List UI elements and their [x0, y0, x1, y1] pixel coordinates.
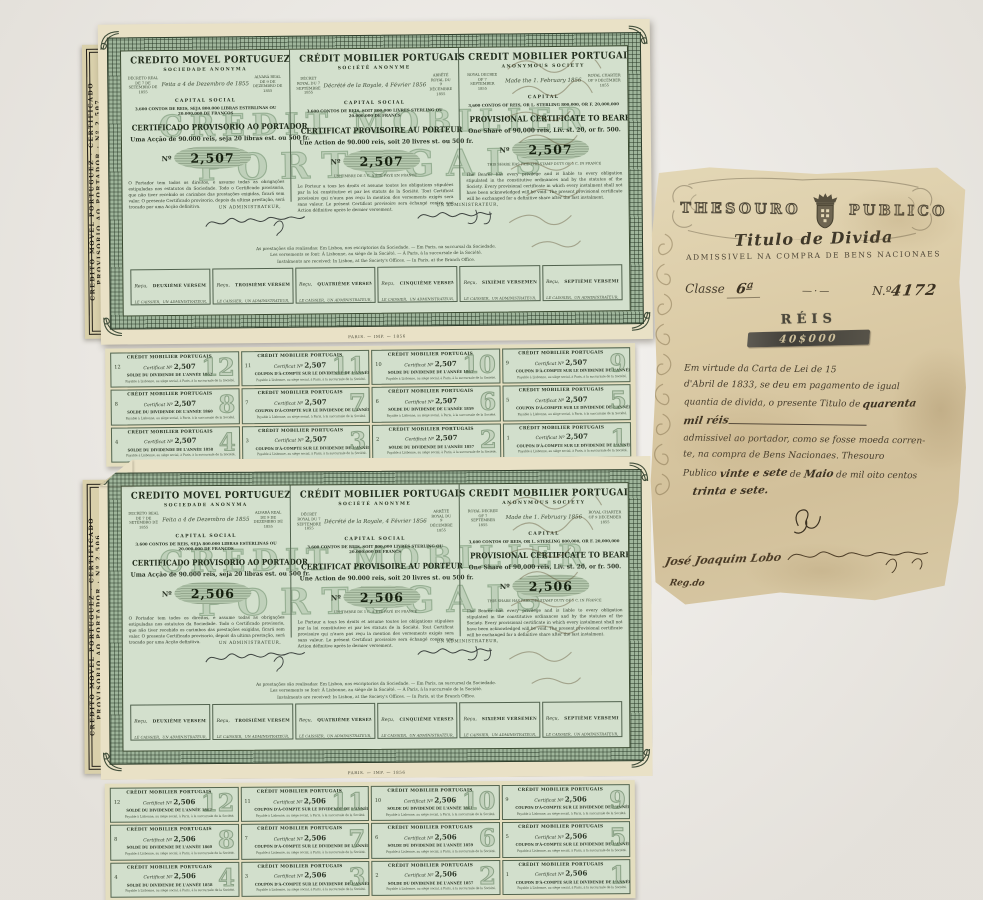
capital-amount-line: 3.600 CONTOS DE REIS, SEJA 800.000 LIBRA… [128, 540, 284, 551]
coupon-number-small: 12 [114, 365, 120, 371]
certificate-inner-panel: CREDIT MOBILIER PORTUGAIS CREDITO MOVEL … [121, 482, 631, 752]
dividend-coupon: 12 CRÉDIT MOBILIER PORTUGAIS Certificat … [110, 351, 239, 388]
coupon-certificate-number: 2,507 [435, 396, 457, 405]
share-value-line: Une Action de 90.000 reis, soit 20 livre… [299, 138, 450, 147]
administrator-label: UN ADMINISTRATEUR, [409, 733, 453, 737]
cashier-label: LE CAISSIER, [546, 296, 572, 300]
coupon-number-small: 2 [375, 873, 378, 879]
coupon-dividend-line: SOLDE DU DIVIDENDE DE L'ANNÉE 1857 [385, 880, 477, 886]
instalment-title: Reçu, SEPTIÈME VERSEMENT [546, 267, 619, 287]
stamp-duty-line: THIS SHARE HAS PAID THE STAMP DUTY OF 5 … [466, 161, 622, 167]
coupon-number-large: 11 [332, 354, 366, 378]
coupon-company-name: CRÉDIT MOBILIER PORTUGAIS [382, 826, 479, 832]
decree-note-right: ARRÊTÉ ROYAL DU 9 DÉCEMBRE 1855 [429, 73, 452, 97]
capital-amount-line: 3.600 CONTOS DE REIS, SOIT 800.000 LIVRE… [297, 544, 453, 555]
coupon-certificate-line: Certificat Nº 2,507 [513, 357, 610, 367]
decree-note-right: ALVARÁ REAL DE 9 DE DEZEMBRO DE 1855 [253, 511, 284, 530]
coupon-number-small: 9 [506, 360, 509, 366]
instalment-signature-labels: LE CAISSIER, UN ADMINISTRATEUR, [299, 298, 371, 303]
certificate-number-row: Nº2,506 [297, 585, 453, 608]
body-line: trinta e sete. [693, 482, 945, 504]
instalment-title: Reçu, SEPTIÈME VERSEMENT [546, 704, 618, 724]
coupon-certificate-line: Certificat Nº 2,506 [252, 870, 349, 880]
instalment-receipt-boxes: Reçu, DEUXIÈME VERSEMENT LE CAISSIER, UN… [129, 264, 623, 305]
received-label: Reçu, [464, 717, 477, 722]
instalment-name: CINQUIÈME VERSEMENT [400, 716, 454, 721]
coupon-certificate-line: Certificat Nº 2,507 [122, 398, 219, 408]
dividend-coupon: 5 CRÉDIT MOBILIER PORTUGAIS Certificat N… [502, 385, 631, 422]
coupon-payable-line: Payable à Lisbonne, au siège social, à P… [125, 851, 214, 856]
instalment-title: Reçu, QUATRIÈME VERSEMENT [299, 270, 372, 290]
coupon-certificate-number: 2,506 [435, 832, 457, 841]
certificate-number-row: Nº2,506 [466, 574, 622, 597]
coupon-dividend-line: COUPON D'À-COMPTE SUR LE DIVIDENDE DE L'… [515, 367, 607, 373]
instalment-receipt-box: Reçu, DEUXIÈME VERSEMENT LE CAISSIER, UN… [130, 704, 211, 741]
coupon-number-small: 7 [245, 836, 248, 842]
coupon-certificate-number: 2,506 [565, 794, 587, 803]
instalment-title: Reçu, SIXIÈME VERSEMENT [464, 705, 536, 725]
coupon-number-small: 9 [505, 797, 508, 803]
instalment-signature-labels: LE CAISSIER, UN ADMINISTRATEUR, [299, 734, 371, 739]
coupon-certificate-line: Certificat Nº 2,506 [512, 794, 609, 804]
received-label: Reçu, [299, 282, 312, 287]
coupon-dividend-line: SOLDE DU DIVIDENDE DE L'ANNÉE 1859 [385, 406, 477, 412]
certificate-paper: CREDIT MOBILIER PORTUGAIS CREDITO MOVEL … [98, 19, 653, 345]
coupon-payable-line: Payable à Lisbonne, au siège social, à P… [126, 415, 215, 420]
decree-dates-row: DECRETO REAL DE 7 DE SETEMBRO DE 1855 Fe… [128, 511, 284, 531]
coupon-certificate-line: Certificat Nº 2,507 [252, 397, 349, 407]
coupon-number-small: 8 [115, 402, 118, 408]
decree-note-right: ALVARÁ REAL DE 9 DE DEZEMBRO DE 1855 [252, 75, 284, 94]
decree-note-left: DECRETO REAL DE 7 DE SETEMBRO DE 1855 [128, 511, 159, 530]
coupon-certificate-number: 2,507 [566, 432, 588, 441]
received-label: Reçu, [464, 281, 477, 286]
number-guilloche-oval: 2,507 [512, 137, 588, 160]
coupon-company-name: CRÉDIT MOBILIER PORTUGAIS [252, 390, 349, 396]
certificate-heading: CERTIFICAT PROVISOIRE AU PORTEUR [301, 561, 449, 571]
capital-label: CAPITAL SOCIAL [297, 537, 453, 543]
coupon-number-large: 9 [609, 351, 626, 375]
certificate-heading: CERTIFICADO PROVISORIO AO PORTADOR [132, 121, 280, 132]
coupon-number-large: 7 [349, 391, 366, 415]
instalment-title: Reçu, CINQUIÈME VERSEMENT [381, 269, 454, 289]
coupon-number-small: 1 [506, 872, 509, 878]
instalment-receipt-box: Reçu, QUATRIÈME VERSEMENT LE CAISSIER, U… [295, 703, 376, 740]
instalment-receipt-box: Reçu, SIXIÈME VERSEMENT LE CAISSIER, UN … [459, 702, 540, 739]
capital-label: CAPITAL SOCIAL [297, 100, 453, 107]
coupon-certificate-number: 2,507 [304, 360, 326, 369]
decree-note-right: ARRÊTÉ ROYAL DU 9 DÉCEMBRE 1855 [430, 509, 453, 533]
decree-note-right: ROYAL CHARTER OF 9 DECEMBER 1855 [587, 74, 621, 88]
signature-monogram [648, 502, 964, 544]
coupon-number-large: 2 [479, 864, 496, 888]
received-label: Reçu, [546, 280, 559, 285]
coupon-certificate-line: Certificat Nº 2,507 [122, 436, 219, 446]
cashier-label: LE CAISSIER, [464, 297, 490, 301]
dividend-coupon: 1 CRÉDIT MOBILIER PORTUGAIS Certificat N… [502, 859, 631, 895]
instalment-receipt-boxes: Reçu, DEUXIÈME VERSEMENT LE CAISSIER, UN… [129, 701, 623, 740]
company-title: CREDITO MOVEL PORTUGUEZ [130, 55, 280, 67]
coupon-number-large: 12 [201, 791, 235, 815]
coupon-certificate-number: 2,507 [305, 397, 327, 406]
number-guilloche-oval: 2,507 [343, 149, 419, 172]
stamp-duty-line [128, 170, 284, 176]
instalment-title: Reçu, SIXIÈME VERSEMENT [464, 268, 537, 288]
printer-imprint-line: PARIS. — IMP. — 1856 [101, 331, 653, 342]
coupon-dividend-line: COUPON D'À-COMPTE SUR LE DIVIDENDE DE L'… [255, 407, 347, 413]
decree-note-left: ROYAL DECREE OF 7 SEPTEMBER 1855 [465, 73, 499, 92]
dividend-coupon: 11 CRÉDIT MOBILIER PORTUGAIS Certificat … [241, 350, 370, 387]
signature-area: UN ADMINISTRATEUR, UN ADMINISTRATEUR, [123, 198, 629, 247]
amount-value: 40$000 [779, 332, 839, 345]
instalment-receipt-box: Reçu, SEPTIÈME VERSEMENT LE CAISSIER, UN… [542, 701, 623, 738]
coupon-certificate-line: Certificat Nº 2,506 [382, 869, 479, 879]
number-guilloche-oval: 2,506 [175, 582, 251, 605]
certificate-column: CREDITO MOVEL PORTUGUEZ SOCIEDADE ANONYM… [121, 50, 291, 204]
printer-imprint-line: PARIS. — IMP. — 1856 [101, 768, 653, 777]
coupon-company-name: CRÉDIT MOBILIER PORTUGAIS [252, 864, 349, 870]
coupon-number-large: 7 [348, 827, 365, 851]
certificate-number: 2,507 [359, 153, 403, 168]
coupon-number-large: 11 [331, 790, 365, 814]
coupon-dividend-line: SOLDE DU DIVIDENDE DE L'ANNÉE 1857 [386, 443, 478, 449]
certificate-heading: PROVISIONAL CERTIFICATE TO BEARER [470, 550, 618, 560]
coupon-certificate-number: 2,506 [174, 834, 196, 843]
coupon-number-large: 1 [610, 426, 627, 450]
coupon-company-name: CRÉDIT MOBILIER PORTUGAIS [513, 825, 610, 831]
coupon-number-large: 8 [218, 828, 235, 852]
coupon-company-name: CRÉDIT MOBILIER PORTUGAIS [121, 827, 218, 833]
certificate-number: 2,507 [528, 142, 572, 157]
classe-label: Classe 6ª [685, 280, 761, 298]
received-label: Reçu, [217, 719, 230, 724]
coupon-certificate-number: 2,506 [435, 869, 457, 878]
titulo-header: THESOURO PUBLICO Titulo de Divida ADMISS… [674, 190, 955, 261]
administrator-label: UN ADMINISTRATEUR, [327, 734, 371, 738]
coupon-payable-line: Payable à Lisbonne, au siège social, à P… [256, 887, 345, 892]
coupon-company-name: CRÉDIT MOBILIER PORTUGAIS [513, 862, 610, 868]
instalment-name: DEUXIÈME VERSEMENT [153, 282, 207, 288]
instalment-signature-labels: LE CAISSIER, UN ADMINISTRATEUR, [381, 733, 453, 738]
number-label: N.º4172 [872, 281, 937, 300]
administrator-label: UN ADMINISTRATEUR, [219, 640, 281, 645]
payment-locations: As prestações são realisadas: Em Lisboa,… [123, 242, 629, 266]
coupon-number-large: 6 [479, 826, 496, 850]
decree-dates-row: DÉCRET ROYAL DU 7 SEPTEMBRE 1855 Décrété… [296, 73, 452, 98]
issue-date-line: Made the 1. February 1856 [505, 78, 581, 85]
signature-row: José Joaquim Lobo [666, 545, 954, 575]
number-guilloche-oval: 2,506 [344, 585, 420, 608]
instalment-title: Reçu, QUATRIÈME VERSEMENT [299, 706, 371, 726]
number-guilloche-oval: 2,506 [513, 574, 589, 597]
coupon-certificate-line: Certificat Nº 2,507 [383, 433, 480, 443]
certificate-paper: CREDIT MOBILIER PORTUGAIS CREDITO MOVEL … [98, 456, 652, 780]
instalment-name: SIXIÈME VERSEMENT [482, 279, 536, 285]
instalment-receipt-box: Reçu, CINQUIÈME VERSEMENT LE CAISSIER, U… [377, 702, 458, 739]
issue-date-line: Décrété de la Royale, 4 Février 1856 [324, 82, 427, 89]
instalment-signature-labels: LE CAISSIER, UN ADMINISTRATEUR, [217, 299, 289, 304]
dividend-coupon: 10 CRÉDIT MOBILIER PORTUGAIS Certificat … [371, 785, 500, 821]
administrator-label: UN ADMINISTRATEUR, [327, 298, 371, 302]
instalment-name: TROISIÈME VERSEMENT [235, 282, 289, 288]
coupon-company-name: CRÉDIT MOBILIER PORTUGAIS [513, 425, 610, 431]
instalment-signature-labels: LE CAISSIER, UN ADMINISTRATEUR, [464, 296, 536, 301]
coupon-company-name: CRÉDIT MOBILIER PORTUGAIS [252, 826, 349, 832]
issue-date-line: Décrété de la Royale, 4 Février 1856 [324, 518, 427, 525]
instalment-signature-labels: LE CAISSIER, UN ADMINISTRATEUR, [135, 299, 207, 304]
coupon-number-small: 12 [114, 800, 120, 806]
administrator-label: UN ADMINISTRATEUR, [219, 204, 282, 210]
stamp-duty-line: UN TIMBRE DE 5 C. A ÉTÉ PAYÉ EN FRANCE [297, 173, 453, 179]
coupon-dividend-line: SOLDE DU DIVIDENDE DE L'ANNÉE 1860 [124, 409, 216, 415]
administrator-label: UN ADMINISTRATEUR, [492, 296, 536, 300]
coupon-company-name: CRÉDIT MOBILIER PORTUGAIS [513, 388, 610, 394]
corner-flourish-icon [100, 465, 122, 487]
coupon-number-large: 6 [479, 390, 496, 414]
ornate-border-frame: CREDIT MOBILIER PORTUGAIS CREDITO MOVEL … [107, 32, 644, 330]
instalment-receipt-box: Reçu, QUATRIÈME VERSEMENT LE CAISSIER, U… [295, 267, 376, 304]
decree-dates-row: ROYAL DECREE OF 7 SEPTEMBER 1855 Made th… [465, 71, 621, 91]
titulo-paper: THESOURO PUBLICO Titulo de Divida ADMISS… [647, 164, 968, 608]
coupon-company-name: CRÉDIT MOBILIER PORTUGAIS [383, 426, 480, 432]
corner-flourish-icon [102, 751, 124, 773]
share-value-line: One Share of 90,000 reis, Liv. st. 20, o… [468, 126, 619, 135]
coupon-number-small: 5 [506, 834, 509, 840]
coupon-company-name: CRÉDIT MOBILIER PORTUGAIS [512, 787, 609, 793]
decree-note-right: ROYAL CHARTER OF 9 DECEMBER 1855 [588, 510, 622, 524]
cashier-label: LE CAISSIER, [299, 298, 325, 302]
cashier-label: LE CAISSIER, [299, 734, 325, 738]
instalment-title: Reçu, TROISIÈME VERSEMENT [217, 706, 289, 726]
coupon-number-large: 12 [201, 355, 235, 379]
certificate-number-row: Nº2,507 [128, 146, 284, 170]
signature-ink [204, 210, 310, 237]
certificate-group: CREDITO MOVEL PORTUGUEZ · CERTIFICADO PR… [56, 450, 663, 900]
instalment-signature-labels: LE CAISSIER, UN ADMINISTRATEUR, [546, 732, 618, 737]
coupon-dividend-line: SOLDE DU DIVIDENDE DE L'ANNÉE 1859 [385, 843, 477, 849]
signature-ink [416, 206, 496, 231]
coupon-payable-line: Payable à Lisbonne, au siège social, à P… [256, 414, 345, 419]
number-prefix: Nº [500, 582, 510, 591]
coupon-certificate-line: Certificat Nº 2,507 [383, 396, 480, 406]
instalment-name: QUATRIÈME VERSEMENT [317, 717, 371, 722]
certificate-number: 2,506 [360, 589, 404, 604]
coupon-number-small: 5 [506, 398, 509, 404]
coupon-payable-line: Payable à Lisbonne, au siège social, à P… [386, 886, 475, 891]
decree-note-left: ROYAL DECREE OF 7 SEPTEMBER 1855 [466, 509, 500, 528]
photo-of-documents: { "photo": { "background": "#ebe8e3" }, … [0, 0, 983, 900]
coupon-number-large: 5 [610, 389, 627, 413]
divider-dash: —·— [802, 286, 831, 297]
coupon-certificate-line: Certificat Nº 2,506 [121, 871, 218, 881]
titulo-subtitle: ADMISSIVEL NA COMPRA DE BENS NACIONAES [674, 249, 954, 262]
coupon-number-large: 1 [610, 863, 627, 887]
instalment-receipt-box: Reçu, SIXIÈME VERSEMENT LE CAISSIER, UN … [460, 265, 541, 302]
received-label: Reçu, [381, 282, 394, 287]
coupon-number-small: 4 [114, 874, 117, 880]
coupon-number-small: 4 [115, 439, 118, 445]
coupon-company-name: CRÉDIT MOBILIER PORTUGAIS [121, 865, 218, 871]
titulo-de-divida-document: THESOURO PUBLICO Titulo de Divida ADMISS… [647, 164, 968, 608]
coupon-company-name: CRÉDIT MOBILIER PORTUGAIS [252, 428, 349, 434]
instalment-title: Reçu, TROISIÈME VERSEMENT [217, 271, 290, 291]
conditions-paragraph: The Bearer has every privilege and is li… [467, 607, 623, 639]
cashier-label: LE CAISSIER, [217, 735, 243, 739]
coupon-certificate-line: Certificat Nº 2,507 [514, 432, 611, 442]
issue-date-line: Made the 1. February 1856 [506, 515, 582, 522]
dividend-coupon: 6 CRÉDIT MOBILIER PORTUGAIS Certificat N… [372, 386, 501, 423]
cashier-label: LE CAISSIER, [217, 299, 243, 303]
blank-rule-line [728, 423, 866, 426]
coupon-number-small: 3 [245, 873, 248, 879]
certificate-column: CREDITO MOVEL PORTUGUEZ SOCIEDADE ANONYM… [122, 485, 291, 638]
coupon-payable-line: Payable à Lisbonne, au siège social, à P… [517, 411, 606, 416]
share-certificate-top: CREDITO MOVEL PORTUGUEZ · CERTIFICADO PR… [56, 13, 665, 471]
dividend-coupon: 3 CRÉDIT MOBILIER PORTUGAIS Certificat N… [241, 861, 370, 897]
cashier-label: LE CAISSIER, [134, 735, 160, 739]
number-prefix: Nº [331, 157, 341, 166]
dividend-coupon: 12 CRÉDIT MOBILIER PORTUGAIS Certificat … [110, 787, 239, 823]
coupon-payable-line: Payable à Lisbonne, au siège social, à P… [387, 413, 476, 418]
coupon-payable-line: Payable à Lisbonne, au siège social, à P… [256, 850, 345, 855]
signature-ink [416, 642, 496, 667]
coupon-number-large: 10 [462, 789, 496, 813]
dividend-coupon: 10 CRÉDIT MOBILIER PORTUGAIS Certificat … [371, 349, 500, 386]
coupon-payable-line: Payable à Lisbonne, au siège social, à P… [517, 374, 606, 379]
coupon-certificate-line: Certificat Nº 2,506 [382, 832, 479, 842]
certificate-column: CRÉDIT MOBILIER PORTUGAIS SOCIÉTÉ ANONYM… [289, 48, 460, 202]
share-value-line: Une Action de 90.000 reis, soit 20 livre… [300, 574, 451, 582]
coupon-number-large: 4 [218, 866, 235, 890]
administrator-label: UN ADMINISTRATEUR, [163, 299, 207, 303]
number-prefix: Nº [499, 145, 509, 154]
coupon-payable-line: Payable à Lisbonne, au siège social, à P… [517, 848, 606, 853]
coupon-grid: 12 CRÉDIT MOBILIER PORTUGAIS Certificat … [110, 784, 631, 898]
capital-amount-line: 3,600 CONTOS OF REIS, OR L. STERLING 800… [466, 101, 622, 108]
coupon-certificate-number: 2,507 [435, 358, 457, 367]
dividend-coupon: 7 CRÉDIT MOBILIER PORTUGAIS Certificat N… [241, 823, 370, 859]
coupon-certificate-number: 2,506 [304, 870, 326, 879]
handwritten-year-words: trinta e sete. [691, 482, 770, 503]
dividend-coupon: 2 CRÉDIT MOBILIER PORTUGAIS Certificat N… [371, 860, 500, 896]
coupon-dividend-line: SOLDE DU DIVIDENDE DE L'ANNÉE 1860 [124, 844, 216, 850]
coupon-number-large: 4 [219, 430, 236, 454]
number-value-handwritten: 4172 [890, 281, 939, 300]
signature-ink-squiggle [785, 546, 933, 574]
share-certificate-bottom: CREDITO MOVEL PORTUGUEZ · CERTIFICADO PR… [56, 450, 663, 900]
cashier-label: LE CAISSIER, [135, 300, 161, 304]
corner-flourish-icon [99, 29, 121, 51]
coupon-number-small: 10 [375, 362, 381, 368]
classe-value-handwritten: 6ª [727, 281, 762, 299]
decree-dates-row: DECRETO REAL DE 7 DE SETEMBRO DE 1855 Fe… [127, 75, 283, 95]
payment-locations: As prestações são realisadas: Em Lisboa,… [123, 679, 629, 701]
coupon-number-large: 2 [480, 427, 497, 451]
number-prefix: Nº [162, 154, 172, 163]
coupon-number-small: 11 [245, 363, 251, 369]
issue-date-line: Feita a 4 de Dezembro de 1855 [162, 81, 249, 88]
classe-number-row: Classe 6ª —·— N.º4172 [685, 278, 937, 300]
certificate-group: CREDITO MOVEL PORTUGUEZ · CERTIFICADO PR… [56, 13, 665, 471]
coupon-certificate-number: 2,507 [305, 435, 327, 444]
administrator-label: UN ADMINISTRATEUR, [245, 734, 289, 738]
coupon-company-name: CRÉDIT MOBILIER PORTUGAIS [122, 392, 219, 398]
share-value-line: Uma Acção de 90.000 reis, seja 20 libras… [131, 570, 282, 578]
coupon-certificate-line: Certificat Nº 2,506 [513, 831, 610, 841]
stamp-duty-line: UN TIMBRE DE 5 C. A ÉTÉ PAYÉ EN FRANCE [298, 609, 454, 614]
cashier-label: LE CAISSIER, [381, 734, 407, 738]
instalment-signature-labels: LE CAISSIER, UN ADMINISTRATEUR, [464, 733, 536, 738]
administrator-label: UN ADMINISTRATEUR, [162, 735, 206, 739]
reis-stamp-label: RÉIS [651, 308, 967, 330]
issue-date-line: Feita a 4 de Dezembro de 1855 [162, 517, 249, 524]
instalment-receipt-box: Reçu, TROISIÈME VERSEMENT LE CAISSIER, U… [213, 703, 294, 740]
coupon-certificate-number: 2,507 [174, 399, 196, 408]
coupon-certificate-number: 2,506 [304, 796, 326, 805]
company-subtitle: ANONYMOUS SOCIETY [465, 63, 621, 70]
registration-note-handwritten: Reg.do [669, 579, 706, 589]
instalment-name: TROISIÈME VERSEMENT [235, 717, 289, 722]
dividend-coupon: 7 CRÉDIT MOBILIER PORTUGAIS Certificat N… [241, 387, 370, 424]
three-language-columns: CREDITO MOVEL PORTUGUEZ SOCIEDADE ANONYM… [121, 46, 629, 203]
coupon-dividend-line: COUPON D'À-COMPTE SUR LE DIVIDENDE DE L'… [254, 881, 346, 887]
corner-flourish-icon [102, 315, 124, 337]
received-label: Reçu, [134, 284, 147, 289]
dividend-coupon: 9 CRÉDIT MOBILIER PORTUGAIS Certificat N… [501, 784, 630, 820]
coupon-certificate-number: 2,506 [434, 795, 456, 804]
certificate-column: CRÉDIT MOBILIER PORTUGAIS SOCIÉTÉ ANONYM… [290, 484, 460, 637]
certificate-column: CREDIT MOBILIER PORTUGAIS ANONYMOUS SOCI… [459, 483, 629, 636]
cashier-label: LE CAISSIER, [546, 732, 572, 736]
capital-amount-line: 3,600 CONTOS OF REIS, OR L. STERLING 800… [466, 538, 622, 544]
signature-flourish-icon [784, 504, 828, 539]
coupon-number-small: 8 [114, 837, 117, 843]
stamp-duty-line [128, 605, 284, 610]
dividend-coupon: 8 CRÉDIT MOBILIER PORTUGAIS Certificat N… [111, 389, 240, 426]
dividend-coupon: 5 CRÉDIT MOBILIER PORTUGAIS Certificat N… [502, 821, 631, 857]
instalment-signature-labels: LE CAISSIER, UN ADMINISTRATEUR, [217, 734, 289, 739]
company-title: CREDITO MOVEL PORTUGUEZ [131, 490, 281, 502]
amount-stamp: 40$000 [747, 330, 870, 348]
decree-dates-row: DÉCRET ROYAL DU 7 SEPTEMBRE 1855 Décrété… [297, 509, 453, 533]
capital-label: CAPITAL SOCIAL [128, 533, 284, 539]
coupon-number-large: 5 [609, 825, 626, 849]
company-title: CRÉDIT MOBILIER PORTUGAIS [300, 489, 450, 501]
certificate-number: 2,506 [529, 578, 573, 593]
signature-name-handwritten: José Joaquim Lobo [664, 551, 783, 569]
coupon-certificate-number: 2,507 [436, 433, 458, 442]
coupon-certificate-number: 2,507 [566, 394, 588, 403]
coupon-number-large: 9 [609, 788, 626, 812]
decree-dates-row: ROYAL DECREE OF 7 SEPTEMBER 1855 Made th… [466, 508, 622, 528]
coupon-certificate-number: 2,506 [565, 831, 587, 840]
coupon-certificate-line: Certificat Nº 2,506 [121, 834, 218, 844]
coupon-dividend-line: COUPON D'À-COMPTE SUR LE DIVIDENDE DE L'… [254, 843, 346, 849]
number-prefix: Nº [331, 593, 341, 602]
coupon-certificate-number: 2,507 [174, 361, 196, 370]
certificate-heading: CERTIFICAT PROVISOIRE AU PORTEUR [301, 124, 449, 135]
received-label: Reçu, [299, 718, 312, 723]
handwritten-day: vinte e sete [718, 463, 789, 483]
instalment-signature-labels: LE CAISSIER, UN ADMINISTRATEUR, [546, 295, 618, 300]
dividend-coupon: 9 CRÉDIT MOBILIER PORTUGAIS Certificat N… [502, 347, 631, 384]
coupon-company-name: CRÉDIT MOBILIER PORTUGAIS [383, 389, 480, 395]
dividend-coupon: 11 CRÉDIT MOBILIER PORTUGAIS Certificat … [240, 786, 369, 822]
capital-amount-line: 3.600 CONTOS DE REIS, SOIT 800.000 LIVRE… [297, 107, 453, 119]
number-prefix: Nº [162, 589, 172, 598]
coupon-number-small: 2 [376, 436, 379, 442]
instalment-title: Reçu, DEUXIÈME VERSEMENT [134, 707, 206, 727]
